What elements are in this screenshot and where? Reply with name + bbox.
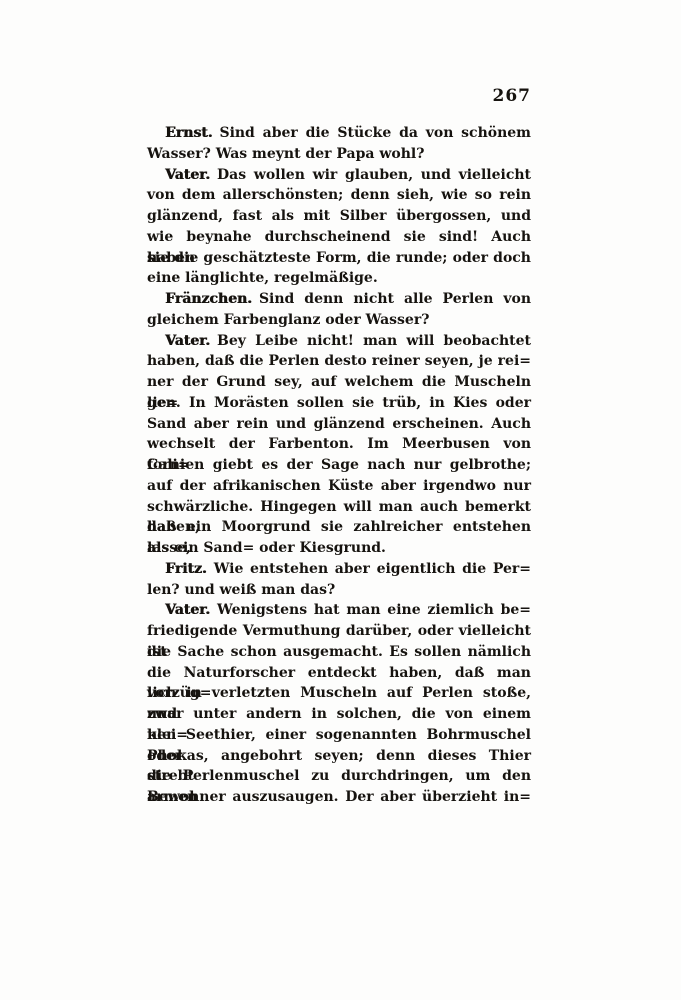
text-line: ner der Grund sey, auf welchem die Musch… [147,372,531,393]
text-line: die Naturforscher entdeckt haben, daß ma… [147,663,531,684]
text-line: glänzend, fast als mit Silber übergossen… [147,206,531,227]
text-line: friedigende Vermuthung darüber, oder vie… [147,621,531,642]
speaker-name: Ernst. [165,125,212,141]
text-line: daß ein Moorgrund sie zahlreicher entste… [147,517,531,538]
text-line: wechselt der Farbenton. Im Meerbusen von… [147,434,531,455]
paragraph: Vater.Bey Leibe nicht! man will beobacht… [147,331,531,559]
text-line: eine länglichte, regelmäßige. [147,268,531,289]
text-line: fornien giebt es der Sage nach nur gelbr… [147,455,531,476]
text-line: die Perlenmuschel zu durchdringen, um de… [147,766,531,787]
speaker-name: Fränzchen. [165,291,252,307]
text-line: nen Seethier, einer sogenannten Bohrmusc… [147,725,531,746]
text-line: wie beynahe durchscheinend sie sind! Auc… [147,227,531,248]
text-line: Sand aber rein und glänzend erscheinen. … [147,414,531,435]
paragraph: Vater.Wenigstens hat man eine ziemlich b… [147,600,531,808]
text-line: Fränzchen.Sind denn nicht alle Perlen vo… [147,289,531,310]
text-line: Ernst.Sind aber die Stücke da von schöne… [147,123,531,144]
paragraph: Fritz.Wie entstehen aber eigentlich die … [147,559,531,601]
speaker-name: Fritz. [165,561,207,577]
text-line: haben, daß die Perlen desto reiner seyen… [147,351,531,372]
text-line: gleichem Farbenglanz oder Wasser? [147,310,531,331]
text-line: auf der afrikanischen Küste aber irgendw… [147,476,531,497]
text-line: Phokas, angebohrt seyen; denn dieses Thi… [147,746,531,767]
text-line: Wasser? Was meynt der Papa wohl? [147,144,531,165]
paragraph: Fränzchen.Sind denn nicht alle Perlen vo… [147,289,531,331]
book-page: 267 Ernst.Sind aber die Stücke da von sc… [0,0,681,1000]
text-line: sie die geschätzteste Form, die runde; o… [147,248,531,269]
text-line: als ein Sand= oder Kiesgrund. [147,538,531,559]
text-block: Ernst.Sind aber die Stücke da von schöne… [147,123,531,808]
text-line: Vater.Wenigstens hat man eine ziemlich b… [147,600,531,621]
text-line: lich in verletzten Muscheln auf Perlen s… [147,683,531,704]
text-line: gen. In Morästen sollen sie trüb, in Kie… [147,393,531,414]
text-line: schwärzliche. Hingegen will man auch bem… [147,497,531,518]
speaker-name: Vater. [165,602,210,618]
speaker-name: Vater. [165,167,210,183]
text-line: zwar unter andern in solchen, die von ei… [147,704,531,725]
text-line: die Sache schon ausgemacht. Es sollen nä… [147,642,531,663]
page-number: 267 [147,86,531,106]
text-line: len? und weiß man das? [147,580,531,601]
text-line: Bewohner auszusaugen. Der aber überzieht… [147,787,531,808]
text-line: Vater.Das wollen wir glauben, und vielle… [147,165,531,186]
text-line: Vater.Bey Leibe nicht! man will beobacht… [147,331,531,352]
paragraph: Ernst.Sind aber die Stücke da von schöne… [147,123,531,165]
text-line: Fritz.Wie entstehen aber eigentlich die … [147,559,531,580]
speaker-name: Vater. [165,333,210,349]
paragraph: Vater.Das wollen wir glauben, und vielle… [147,165,531,290]
text-line: von dem allerschönsten; denn sieh, wie s… [147,185,531,206]
